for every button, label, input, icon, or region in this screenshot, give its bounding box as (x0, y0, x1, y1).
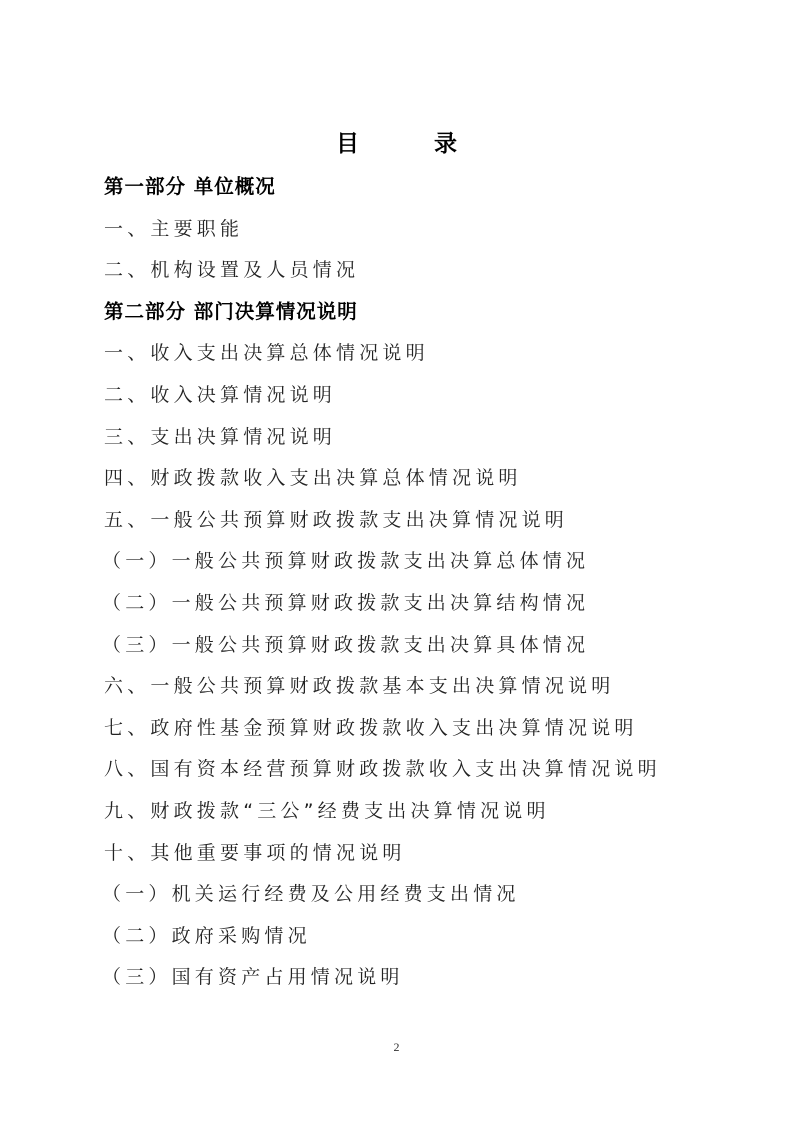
toc-part-1: 第一部分 单位概况 (104, 171, 661, 213)
toc-item-organization-staff: 二、机构设置及人员情况 (104, 254, 661, 296)
toc-subitem-government-procurement: （二）政府采购情况 (104, 920, 661, 962)
toc-item-fiscal-appropriation-overall: 四、财政拨款收入支出决算总体情况说明 (104, 462, 661, 504)
document-page: 目 录 第一部分 单位概况 一、主要职能 二、机构设置及人员情况 第二部分 部门… (0, 0, 793, 1122)
toc-part-2: 第二部分 部门决算情况说明 (104, 296, 661, 338)
page-number: 2 (0, 1040, 793, 1055)
toc-item-three-public-expenses: 九、财政拨款“三公”经费支出决算情况说明 (104, 795, 661, 837)
toc-item-expenditure-accounts: 三、支出决算情况说明 (104, 421, 661, 463)
toc-subitem-general-budget-structure: （二）一般公共预算财政拨款支出决算结构情况 (104, 587, 661, 629)
toc-item-income-accounts: 二、收入决算情况说明 (104, 379, 661, 421)
toc-subitem-general-budget-overall: （一）一般公共预算财政拨款支出决算总体情况 (104, 545, 661, 587)
toc-item-state-capital-budget: 八、国有资本经营预算财政拨款收入支出决算情况说明 (104, 753, 661, 795)
toc-subitem-general-budget-details: （三）一般公共预算财政拨款支出决算具体情况 (104, 629, 661, 671)
toc-subitem-operating-expenses: （一）机关运行经费及公用经费支出情况 (104, 878, 661, 920)
toc-item-other-important-matters: 十、其他重要事项的情况说明 (104, 837, 661, 879)
toc-item-main-functions: 一、主要职能 (104, 213, 661, 255)
toc-title: 目 录 (0, 128, 793, 160)
toc-item-government-fund-budget: 七、政府性基金预算财政拨款收入支出决算情况说明 (104, 712, 661, 754)
toc-item-overall-income-expenditure: 一、收入支出决算总体情况说明 (104, 337, 661, 379)
toc-item-general-budget-expenditure: 五、一般公共预算财政拨款支出决算情况说明 (104, 504, 661, 546)
toc-subitem-state-assets: （三）国有资产占用情况说明 (104, 961, 661, 1003)
table-of-contents: 第一部分 单位概况 一、主要职能 二、机构设置及人员情况 第二部分 部门决算情况… (104, 171, 661, 1003)
toc-item-basic-expenditure: 六、一般公共预算财政拨款基本支出决算情况说明 (104, 670, 661, 712)
